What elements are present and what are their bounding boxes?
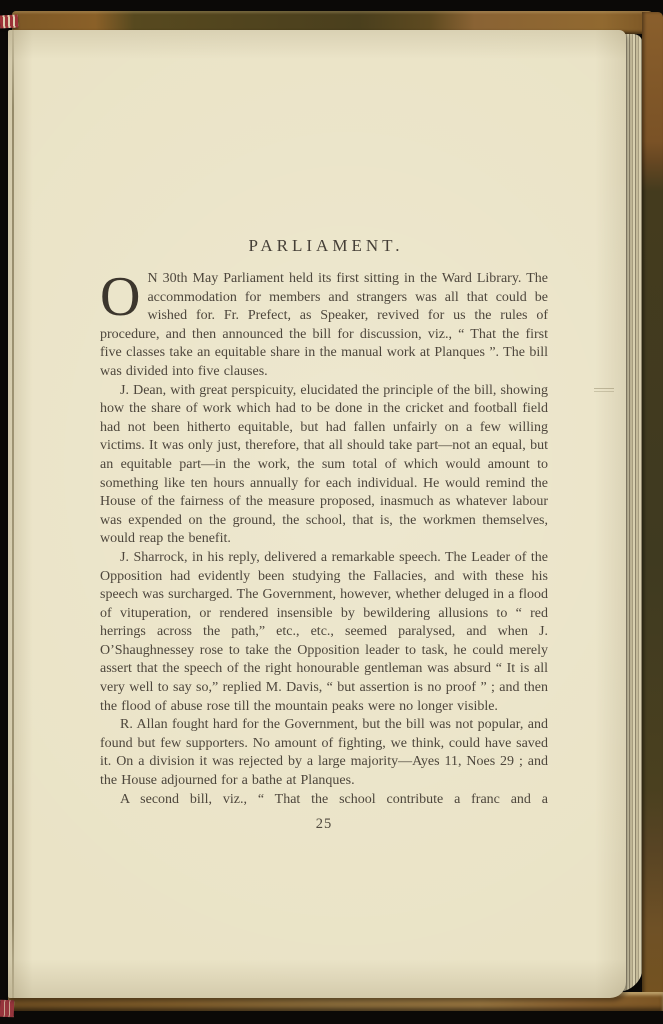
- photo-background: { "page": { "title": "PARLIAMENT.", "pag…: [0, 0, 663, 1024]
- body-text: ON 30th May Parliament held its first si…: [100, 270, 548, 809]
- gutter-shadow: [12, 30, 14, 998]
- drop-cap: O: [100, 273, 140, 323]
- paragraph: J. Dean, with great perspicuity, elucida…: [100, 382, 548, 549]
- book-page: PARLIAMENT. ON 30th May Parliament held …: [8, 30, 626, 998]
- page-content: PARLIAMENT. ON 30th May Parliament held …: [100, 236, 548, 833]
- book-cover-right-edge: [642, 12, 663, 1008]
- page-title: PARLIAMENT.: [100, 236, 548, 256]
- paragraph: ON 30th May Parliament held its first si…: [100, 270, 548, 382]
- page-number: 25: [100, 816, 548, 833]
- crease-mark: [594, 388, 614, 389]
- paragraph: R. Allan fought hard for the Government,…: [100, 716, 548, 790]
- paragraph: J. Sharrock, in his reply, delivered a r…: [100, 549, 548, 716]
- bookmark-ribbon: [0, 1000, 14, 1017]
- headband-ribbon: [0, 15, 18, 29]
- paragraph: A second bill, viz., “ That the school c…: [100, 791, 548, 810]
